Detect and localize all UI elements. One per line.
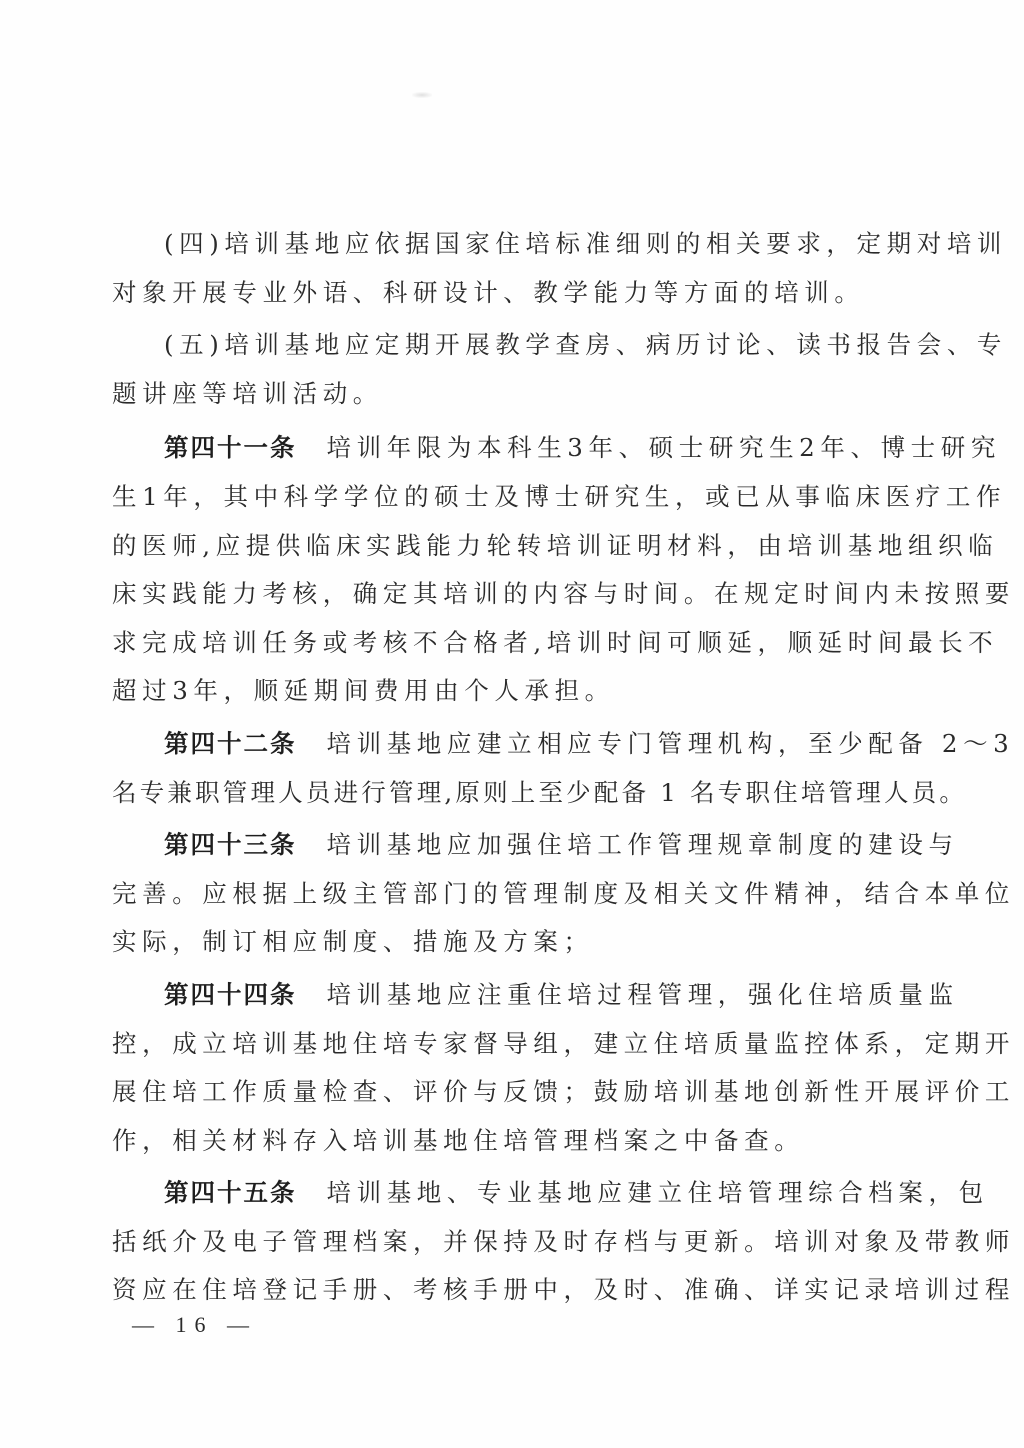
text-line: (四)培训基地应依据国家住培标准细则的相关要求，定期对培训 <box>112 220 892 269</box>
text-line: 第四十四条培训基地应注重住培过程管理，强化住培质量监 <box>112 971 892 1020</box>
document-page: (四)培训基地应依据国家住培标准细则的相关要求，定期对培训 对象开展专业外语、科… <box>0 0 1024 1448</box>
text-line: 床实践能力考核，确定其培训的内容与时间。在规定时间内未按照要 <box>112 570 892 619</box>
paragraph-article-42: 第四十二条培训基地应建立相应专门管理机构，至少配备 2～3 名专兼职管理人员进行… <box>112 720 892 817</box>
article-label: 第四十三条 <box>164 830 297 859</box>
text-line: 第四十三条培训基地应加强住培工作管理规章制度的建设与 <box>112 821 892 870</box>
text-line: 题讲座等培训活动。 <box>112 370 892 419</box>
article-label: 第四十五条 <box>164 1178 297 1207</box>
article-text: 培训基地、专业基地应建立住培管理综合档案，包 <box>327 1178 989 1207</box>
article-text: 培训基地应建立相应专门管理机构，至少配备 2～3 <box>327 729 1015 758</box>
document-body: (四)培训基地应依据国家住培标准细则的相关要求，定期对培训 对象开展专业外语、科… <box>112 220 892 1315</box>
text-line: 实际，制订相应制度、措施及方案； <box>112 918 892 967</box>
text-line: 括纸介及电子管理档案，并保持及时存档与更新。培训对象及带教师 <box>112 1218 892 1267</box>
article-label: 第四十四条 <box>164 980 297 1009</box>
text-line: 生1年，其中科学学位的硕士及博士研究生，或已从事临床医疗工作 <box>112 473 892 522</box>
paragraph-article-45: 第四十五条培训基地、专业基地应建立住培管理综合档案，包 括纸介及电子管理档案，并… <box>112 1169 892 1315</box>
text-line: 第四十一条培训年限为本科生3年、硕士研究生2年、博士研究 <box>112 424 892 473</box>
scan-artifact <box>412 92 432 98</box>
text-line: 求完成培训任务或考核不合格者,培训时间可顺延，顺延时间最长不 <box>112 619 892 668</box>
text-line: 作，相关材料存入培训基地住培管理档案之中备查。 <box>112 1117 892 1166</box>
article-label: 第四十二条 <box>164 729 297 758</box>
text-line: 展住培工作质量检查、评价与反馈；鼓励培训基地创新性开展评价工 <box>112 1068 892 1117</box>
text-line: 超过3年，顺延期间费用由个人承担。 <box>112 667 892 716</box>
article-label: 第四十一条 <box>164 433 297 462</box>
paragraph-item-5: (五)培训基地应定期开展教学查房、病历讨论、读书报告会、专 题讲座等培训活动。 <box>112 321 892 418</box>
text-line: 资应在住培登记手册、考核手册中，及时、准确、详实记录培训过程 <box>112 1266 892 1315</box>
text-line: 名专兼职管理人员进行管理,原则上至少配备 1 名专职住培管理人员。 <box>112 769 892 818</box>
text-line: 控，成立培训基地住培专家督导组，建立住培质量监控体系，定期开 <box>112 1020 892 1069</box>
page-number: — 16 — <box>132 1312 257 1338</box>
text-line: 对象开展专业外语、科研设计、教学能力等方面的培训。 <box>112 269 892 318</box>
text-line: 的医师,应提供临床实践能力轮转培训证明材料，由培训基地组织临 <box>112 522 892 571</box>
paragraph-article-44: 第四十四条培训基地应注重住培过程管理，强化住培质量监 控，成立培训基地住培专家督… <box>112 971 892 1165</box>
text-line: 完善。应根据上级主管部门的管理制度及相关文件精神，结合本单位 <box>112 870 892 919</box>
paragraph-item-4: (四)培训基地应依据国家住培标准细则的相关要求，定期对培训 对象开展专业外语、科… <box>112 220 892 317</box>
article-text: 培训基地应加强住培工作管理规章制度的建设与 <box>327 830 959 859</box>
paragraph-article-43: 第四十三条培训基地应加强住培工作管理规章制度的建设与 完善。应根据上级主管部门的… <box>112 821 892 967</box>
text-line: 第四十五条培训基地、专业基地应建立住培管理综合档案，包 <box>112 1169 892 1218</box>
article-text: 培训基地应注重住培过程管理，强化住培质量监 <box>327 980 959 1009</box>
text-line: 第四十二条培训基地应建立相应专门管理机构，至少配备 2～3 <box>112 720 892 769</box>
paragraph-article-41: 第四十一条培训年限为本科生3年、硕士研究生2年、博士研究 生1年，其中科学学位的… <box>112 424 892 716</box>
article-text: 培训年限为本科生3年、硕士研究生2年、博士研究 <box>327 433 1001 462</box>
text-line: (五)培训基地应定期开展教学查房、病历讨论、读书报告会、专 <box>112 321 892 370</box>
